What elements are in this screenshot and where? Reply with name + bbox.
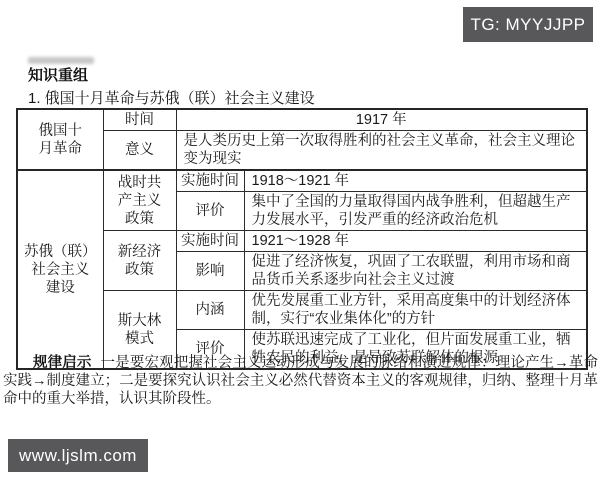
telegram-watermark-text: TG: MYYJJPP bbox=[470, 15, 585, 35]
telegram-watermark-badge: TG: MYYJJPP bbox=[463, 7, 593, 42]
policy-name-cell: 战时共 产主义 政策 bbox=[103, 170, 176, 231]
attribute-value-cell: 是人类历史上第一次取得胜利的社会主义革命，社会主义理论变为现实 bbox=[176, 131, 587, 171]
section-heading: 知识重组 bbox=[28, 64, 88, 85]
summary-label: 规律启示 bbox=[33, 355, 92, 371]
attribute-label-cell: 评价 bbox=[176, 192, 244, 231]
attribute-value-cell: 优先发展重工业方针，采用高度集中的计划经济体制，实行“农业集体化”的方针 bbox=[244, 291, 587, 330]
topic-title: 1. 俄国十月革命与苏俄（联）社会主义建设 bbox=[28, 87, 315, 108]
group-rowheader-soviet-construction: 苏俄（联） 社会主义 建设 bbox=[17, 170, 103, 369]
attribute-label-cell: 内涵 bbox=[176, 291, 244, 330]
summary-text: 一是要宏观把握社会主义运动形成与发展的脉络和演进规律：理论产生→革命实践→制度建… bbox=[3, 355, 598, 407]
attribute-label-cell: 意义 bbox=[103, 131, 176, 171]
attribute-value-cell: 1921～1928 年 bbox=[244, 231, 587, 252]
attribute-value-cell: 1917 年 bbox=[176, 109, 587, 131]
document-page: TG: MYYJJPP 知识重组 1. 俄国十月革命与苏俄（联）社会主义建设 俄… bbox=[0, 0, 600, 480]
website-watermark-text: www.ljslm.com bbox=[19, 446, 137, 466]
group-rowheader-october-revolution: 俄国十 月革命 bbox=[17, 109, 103, 170]
attribute-label-cell: 影响 bbox=[176, 252, 244, 291]
knowledge-table: 俄国十 月革命 时间 1917 年 意义 是人类历史上第一次取得胜利的社会主义革… bbox=[16, 108, 588, 370]
attribute-value-cell: 促进了经济恢复，巩固了工农联盟，利用市场和商品货币关系逐步向社会主义过渡 bbox=[244, 252, 587, 291]
attribute-value-cell: 集中了全国的力量取得国内战争胜利，但超越生产力发展水平，引发严重的经济政治危机 bbox=[244, 192, 587, 231]
attribute-label-cell: 时间 bbox=[103, 109, 176, 131]
attribute-label-cell: 实施时间 bbox=[176, 170, 244, 192]
attribute-value-cell: 1918～1921 年 bbox=[244, 170, 587, 192]
blurred-watermark bbox=[28, 57, 94, 64]
attribute-label-cell: 实施时间 bbox=[176, 231, 244, 252]
summary-paragraph: 规律启示一是要宏观把握社会主义运动形成与发展的脉络和演进规律：理论产生→革命实践… bbox=[3, 354, 598, 408]
policy-name-cell: 新经济 政策 bbox=[103, 231, 176, 291]
website-watermark-badge: www.ljslm.com bbox=[8, 439, 148, 472]
